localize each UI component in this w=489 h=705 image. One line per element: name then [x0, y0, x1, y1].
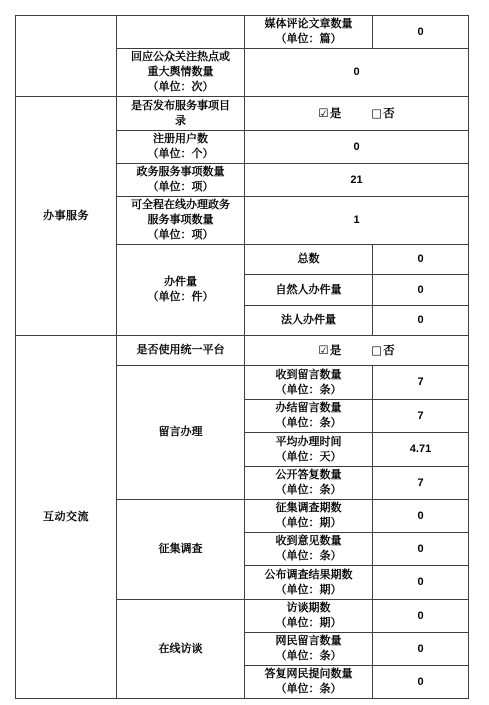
interview-messages-value-cell: 0 [373, 633, 469, 666]
metric-label: 媒体评论文章数量 [254, 17, 363, 32]
no-option-label: 否 [383, 345, 395, 357]
metric-label: 是否发布服务事项目录 [126, 99, 235, 129]
metric-unit: （单位：项） [126, 228, 235, 243]
survey-results-label-cell: 公布调查结果期数 （单位：期） [245, 566, 373, 600]
yes-option-label: 是 [330, 345, 342, 357]
metric-unit: （单位：条） [254, 549, 363, 564]
service-catalog-yesno-cell: ☑是□否 [245, 97, 469, 131]
messages-group-label-cell: 留言办理 [117, 366, 245, 500]
survey-results-value-cell: 0 [373, 566, 469, 600]
metric-label: 回应公众关注热点或重大舆情数量 [126, 50, 235, 80]
metric-label: 公开答复数量 [254, 468, 363, 483]
metric-unit: （单位：期） [254, 583, 363, 598]
metric-label: 注册用户数 [126, 132, 235, 147]
cases-legal-value-cell: 0 [373, 306, 469, 336]
survey-opinions-label-cell: 收到意见数量 （单位：条） [245, 533, 373, 566]
messages-received-value-cell: 7 [373, 366, 469, 400]
metric-unit: （单位：条） [254, 649, 363, 664]
registered-users-value-cell: 0 [245, 131, 469, 164]
metric-label: 收到留言数量 [254, 368, 363, 383]
yes-option-label: 是 [330, 108, 342, 120]
yes-option: ☑是 [318, 106, 341, 122]
yes-option: ☑是 [318, 343, 341, 359]
no-option: □否 [371, 106, 394, 122]
platform-yesno-cell: ☑是□否 [245, 336, 469, 366]
metric-unit: （单位：条） [254, 682, 363, 697]
metric-unit: （单位：条） [254, 416, 363, 431]
messages-avgtime-value-cell: 4.71 [373, 433, 469, 467]
metric-unit: （单位：项） [126, 180, 235, 195]
group-label: 办件量 [126, 275, 235, 290]
registered-users-label-cell: 注册用户数 （单位：个） [117, 131, 245, 164]
online-items-label-cell: 可全程在线办理政务服务事项数量 （单位：项） [117, 197, 245, 245]
group-unit: （单位：件） [126, 290, 235, 305]
interview-issues-label-cell: 访谈期数 （单位：期） [245, 600, 373, 633]
metric-label: 是否使用统一平台 [126, 343, 235, 358]
metric-label: 政务服务事项数量 [126, 165, 235, 180]
interview-replies-label-cell: 答复网民提问数量 （单位：条） [245, 666, 373, 699]
metric-label: 网民留言数量 [254, 634, 363, 649]
metric-unit: （单位：次） [126, 80, 235, 95]
cases-total-value-cell: 0 [373, 245, 469, 275]
carryover-section-title-cell [16, 16, 117, 97]
checkbox-unchecked-icon: □ [371, 343, 382, 357]
messages-avgtime-label-cell: 平均办理时间 （单位：天） [245, 433, 373, 467]
public-response-label-cell: 回应公众关注热点或重大舆情数量 （单位：次） [117, 49, 245, 97]
metric-label: 访谈期数 [254, 601, 363, 616]
survey-group-label-cell: 征集调查 [117, 500, 245, 600]
no-option-label: 否 [383, 108, 395, 120]
metric-label: 收到意见数量 [254, 534, 363, 549]
interview-replies-value-cell: 0 [373, 666, 469, 699]
metric-unit: （单位：期） [254, 616, 363, 631]
messages-public-reply-value-cell: 7 [373, 467, 469, 500]
metric-label: 答复网民提问数量 [254, 667, 363, 682]
interview-issues-value-cell: 0 [373, 600, 469, 633]
cases-total-label-cell: 总数 [245, 245, 373, 275]
report-page: 媒体评论文章数量 （单位：篇） 0 回应公众关注热点或重大舆情数量 （单位：次）… [0, 0, 489, 705]
checkbox-checked-icon: ☑ [318, 343, 328, 357]
survey-opinions-value-cell: 0 [373, 533, 469, 566]
metric-label: 平均办理时间 [254, 435, 363, 450]
metric-label: 公布调查结果期数 [254, 568, 363, 583]
metric-unit: （单位：天） [254, 450, 363, 465]
service-items-value-cell: 21 [245, 164, 469, 197]
metric-unit: （单位：条） [254, 483, 363, 498]
checkbox-checked-icon: ☑ [318, 106, 328, 120]
messages-resolved-label-cell: 办结留言数量 （单位：条） [245, 400, 373, 433]
metric-label: 征集调查期数 [254, 501, 363, 516]
metric-unit: （单位：篇） [254, 32, 363, 47]
survey-issues-label-cell: 征集调查期数 （单位：期） [245, 500, 373, 533]
report-table: 媒体评论文章数量 （单位：篇） 0 回应公众关注热点或重大舆情数量 （单位：次）… [15, 15, 469, 699]
metric-unit: （单位：期） [254, 516, 363, 531]
online-items-value-cell: 1 [245, 197, 469, 245]
cases-group-label-cell: 办件量 （单位：件） [117, 245, 245, 336]
survey-issues-value-cell: 0 [373, 500, 469, 533]
public-response-value-cell: 0 [245, 49, 469, 97]
media-articles-label-cell: 媒体评论文章数量 （单位：篇） [245, 16, 373, 49]
metric-unit: （单位：条） [254, 383, 363, 398]
interview-group-label-cell: 在线访谈 [117, 600, 245, 699]
messages-resolved-value-cell: 7 [373, 400, 469, 433]
cases-natural-value-cell: 0 [373, 275, 469, 306]
section-title-service-cell: 办事服务 [16, 97, 117, 336]
no-option: □否 [371, 343, 394, 359]
cases-legal-label-cell: 法人办件量 [245, 306, 373, 336]
interview-messages-label-cell: 网民留言数量 （单位：条） [245, 633, 373, 666]
messages-received-label-cell: 收到留言数量 （单位：条） [245, 366, 373, 400]
service-items-label-cell: 政务服务事项数量 （单位：项） [117, 164, 245, 197]
section-title-interaction-cell: 互动交流 [16, 336, 117, 699]
metric-label: 可全程在线办理政务服务事项数量 [126, 198, 235, 228]
cases-natural-label-cell: 自然人办件量 [245, 275, 373, 306]
service-catalog-label-cell: 是否发布服务事项目录 [117, 97, 245, 131]
checkbox-unchecked-icon: □ [371, 106, 382, 120]
metric-unit: （单位：个） [126, 147, 235, 162]
media-articles-value-cell: 0 [373, 16, 469, 49]
messages-public-reply-label-cell: 公开答复数量 （单位：条） [245, 467, 373, 500]
metric-label: 办结留言数量 [254, 401, 363, 416]
carryover-empty-subgroup-cell [117, 16, 245, 49]
platform-label-cell: 是否使用统一平台 [117, 336, 245, 366]
